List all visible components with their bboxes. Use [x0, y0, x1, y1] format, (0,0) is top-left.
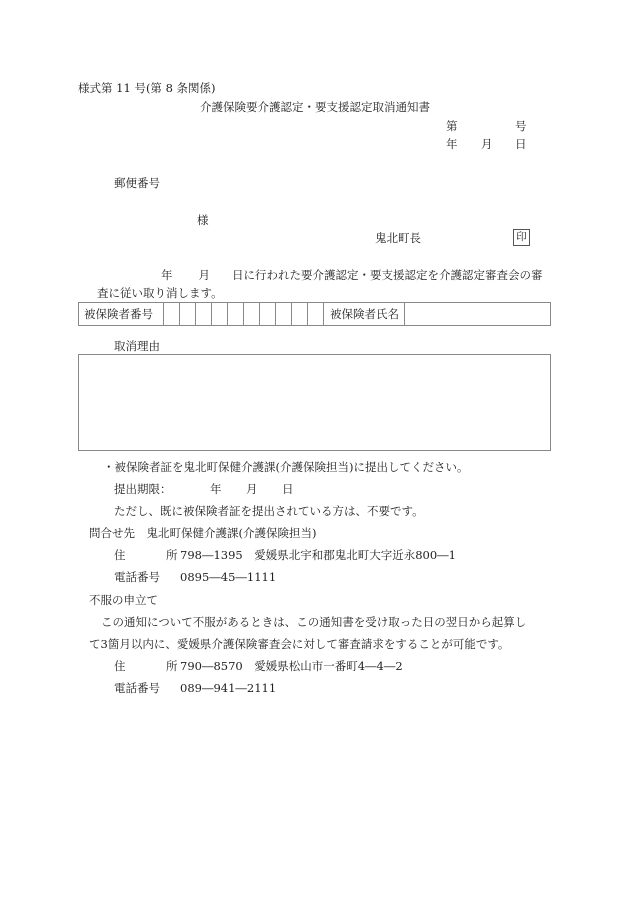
- document-title: 介護保険要介護認定・要支援認定取消通知書: [200, 100, 430, 114]
- submission-exception: ただし、既に被保険者証を提出されている方は、不要です。: [114, 504, 424, 518]
- contact-address-value: 798―1395 愛媛県北宇和郡鬼北町大字近永800―1: [180, 548, 456, 562]
- insured-number-digit-7[interactable]: [260, 303, 276, 325]
- appeal-address-label-1: 住: [114, 659, 166, 673]
- contact-phone-label: 電話番号: [114, 570, 180, 584]
- contact-address: 住所798―1395 愛媛県北宇和郡鬼北町大字近永800―1: [114, 548, 456, 562]
- deadline-year: 年: [210, 482, 246, 496]
- insured-number-digit-1[interactable]: [164, 303, 180, 325]
- appeal-address: 住所790―8570 愛媛県松山市一番町4―4―2: [114, 659, 403, 673]
- issue-date-month: 月: [481, 137, 493, 151]
- appeal-phone-label: 電話番号: [114, 681, 180, 695]
- contact-heading: 問合せ先 鬼北町保健介護課(介護保険担当): [89, 526, 316, 540]
- insured-number-digit-10[interactable]: [308, 303, 324, 325]
- contact-address-label-2: 所: [166, 548, 178, 562]
- document-number-suffix: 号: [515, 119, 527, 133]
- insured-number-label: 被保険者番号: [79, 303, 164, 325]
- appeal-heading: 不服の申立て: [89, 593, 158, 607]
- submission-notice: ・被保険者証を鬼北町保健介護課(介護保険担当)に提出してください。: [103, 460, 468, 474]
- deadline-month: 月: [246, 482, 282, 496]
- postal-code-label: 郵便番号: [114, 176, 160, 190]
- appeal-text-line-2: て3箇月以内に、愛媛県介護保険審査会に対して審査請求をすることが可能です。: [89, 637, 509, 651]
- appeal-phone: 電話番号089―941―2111: [114, 681, 276, 695]
- appeal-address-value: 790―8570 愛媛県松山市一番町4―4―2: [180, 659, 403, 673]
- insured-number-digit-5[interactable]: [228, 303, 244, 325]
- appeal-text-line-1: この通知について不服があるときは、この通知書を受け取った日の翌日から起算し: [101, 615, 526, 629]
- issue-date-year: 年: [446, 137, 458, 151]
- contact-address-label-1: 住: [114, 548, 166, 562]
- deadline-label: 提出期限：: [114, 482, 210, 496]
- body-text-line-2: 査に従い取り消します。: [97, 286, 223, 300]
- body-month: 月: [199, 268, 211, 282]
- insured-number-digit-4[interactable]: [212, 303, 228, 325]
- contact-phone: 電話番号0895―45―1111: [114, 570, 276, 584]
- insured-number-digit-2[interactable]: [180, 303, 196, 325]
- document-number-prefix: 第: [446, 119, 458, 133]
- form-number: 様式第 11 号(第 8 条関係): [78, 81, 216, 95]
- cancellation-reason-label: 取消理由: [114, 339, 160, 353]
- submission-deadline: 提出期限：年月日: [114, 482, 294, 496]
- insured-name-field[interactable]: [405, 303, 550, 325]
- insured-number-digit-3[interactable]: [196, 303, 212, 325]
- issuer-name: 鬼北町長: [375, 231, 421, 245]
- contact-phone-value: 0895―45―1111: [180, 570, 276, 584]
- insured-number-digit-6[interactable]: [244, 303, 260, 325]
- appeal-address-label-2: 所: [166, 659, 178, 673]
- insured-number-digit-8[interactable]: [276, 303, 292, 325]
- appeal-phone-value: 089―941―2111: [180, 681, 276, 695]
- recipient-honorific: 様: [197, 213, 209, 227]
- issue-date-day: 日: [515, 137, 527, 151]
- insured-info-table: 被保険者番号 被保険者氏名: [78, 302, 551, 326]
- insured-number-digit-9[interactable]: [292, 303, 308, 325]
- insured-name-label: 被保険者氏名: [324, 303, 405, 325]
- seal-stamp-icon: 印: [513, 229, 530, 246]
- body-text-line-1: 年月日に行われた要介護認定・要支援認定を介護認定審査会の審: [161, 268, 543, 282]
- deadline-day: 日: [282, 482, 294, 496]
- body-year: 年: [161, 268, 173, 282]
- body-line1-rest: 日に行われた要介護認定・要支援認定を介護認定審査会の審: [232, 268, 543, 282]
- cancellation-reason-box[interactable]: [78, 354, 551, 451]
